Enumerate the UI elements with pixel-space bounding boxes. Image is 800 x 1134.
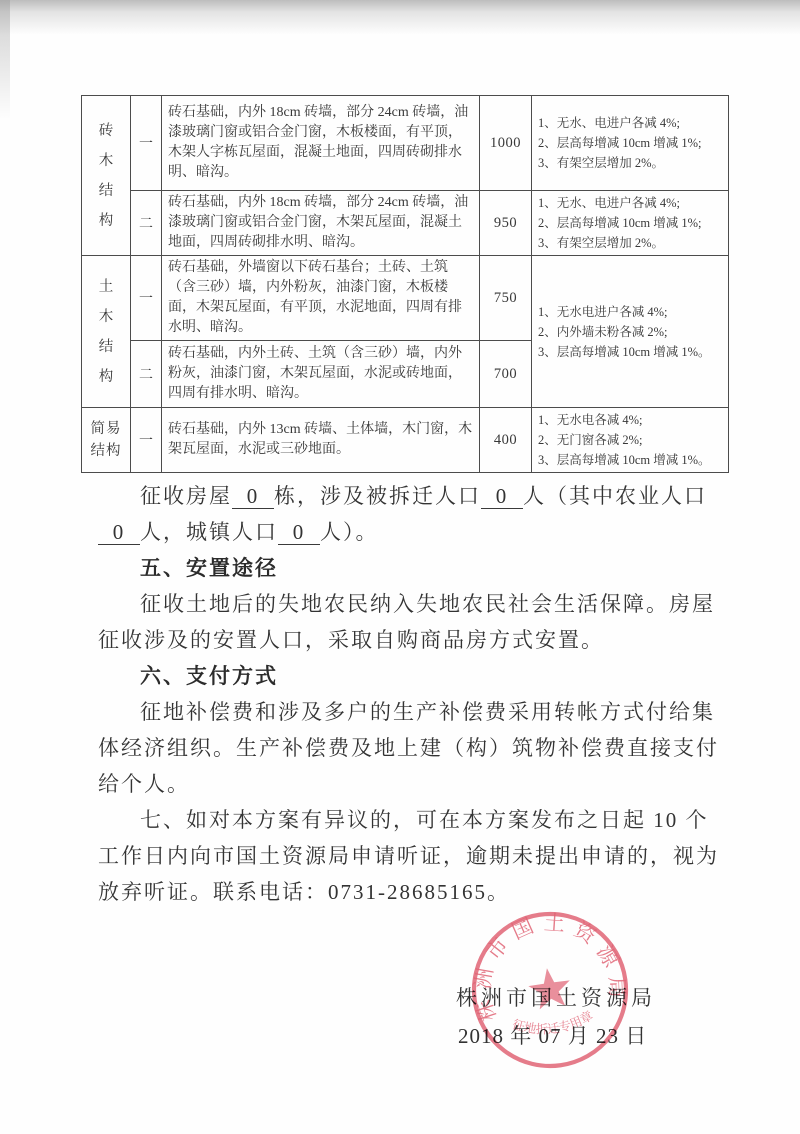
scan-shadow-top (0, 0, 800, 34)
grade-cell: 一 (131, 96, 162, 191)
svg-text:株洲市国土资源局: 株洲市国土资源局 (460, 900, 632, 1025)
note-item: 3、有架空层增加 2%。 (538, 233, 722, 253)
document-body: 征收房屋0栋，涉及被拆迁人口0人（其中农业人口0人，城镇人口0人）。 五、安置途… (98, 478, 728, 910)
section5-paragraph: 征收土地后的失地农民纳入失地农民社会生活保障。房屋征收涉及的安置人口，采取自购商… (98, 586, 728, 658)
grade-cell: 一 (131, 256, 162, 341)
svg-text:征地拆迁专用章: 征地拆迁专用章 (509, 1006, 597, 1042)
compensation-standard-table: 砖木结构 一 砖石基础，内外 18cm 砖墙，部分 24cm 砖墙，油漆玻璃门窗… (81, 95, 729, 473)
section6-heading: 六、支付方式 (98, 658, 728, 694)
table-row: 砖木结构 一 砖石基础，内外 18cm 砖墙，部分 24cm 砖墙，油漆玻璃门窗… (82, 96, 729, 191)
intro-text: 人（其中农业人口 (523, 484, 707, 508)
intro-text: 人，城镇人口 (140, 520, 278, 544)
category-label: 土木结构 (98, 272, 114, 392)
value-cell: 1000 (480, 96, 532, 191)
value-cell: 750 (480, 256, 532, 341)
note-item: 2、层高每增减 10cm 增减 1%; (538, 133, 722, 153)
table-row: 简易结构 一 砖石基础，内外 13cm 砖墙、土体墙，木门窗，木架瓦屋面，水泥或… (82, 408, 729, 473)
section5-heading: 五、安置途径 (98, 550, 728, 586)
filled-blank: 0 (481, 484, 523, 509)
note-item: 1、无水、电进户各减 4%; (538, 193, 722, 213)
filled-blank: 0 (98, 520, 140, 545)
note-item: 3、有架空层增加 2%。 (538, 153, 722, 173)
description-cell: 砖石基础，内外 18cm 砖墙，部分 24cm 砖墙，油漆玻璃门窗或铝合金门窗，… (162, 191, 480, 256)
grade-cell: 二 (131, 191, 162, 256)
note-item: 1、无水电各减 4%; (538, 410, 722, 430)
section6-paragraph: 征地补偿费和涉及多户的生产补偿费采用转帐方式付给集体经济组织。生产补偿费及地上建… (98, 694, 728, 802)
note-item: 2、无门窗各减 2%; (538, 430, 722, 450)
intro-text: 征收房屋 (140, 484, 232, 508)
value-cell: 950 (480, 191, 532, 256)
description-cell: 砖石基础，内外土砖、土筑（含三砂）墙，内外粉灰，油漆门窗，木架瓦屋面，水泥或砖地… (162, 341, 480, 408)
notes-cell: 1、无水电各减 4%; 2、无门窗各减 2%; 3、层高每增减 10cm 增减 … (532, 408, 729, 473)
seal-arc-text: 株洲市国土资源局 (460, 900, 632, 1025)
category-cell-simple: 简易结构 (82, 408, 131, 473)
note-item: 1、无水、电进户各减 4%; (538, 113, 722, 133)
value-cell: 400 (480, 408, 532, 473)
note-item: 3、层高每增减 10cm 增减 1%。 (538, 342, 722, 362)
description-cell: 砖石基础，外墙窗以下砖石基台；土砖、土筑（含三砂）墙，内外粉灰，油漆门窗，木板楼… (162, 256, 480, 341)
intro-paragraph: 征收房屋0栋，涉及被拆迁人口0人（其中农业人口0人，城镇人口0人）。 (98, 478, 728, 550)
seal-star-icon (526, 965, 573, 1010)
grade-cell: 一 (131, 408, 162, 473)
value-cell: 700 (480, 341, 532, 408)
note-item: 2、内外墙未粉各减 2%; (538, 322, 722, 342)
filled-blank: 0 (278, 520, 320, 545)
table-row: 二 砖石基础，内外 18cm 砖墙，部分 24cm 砖墙，油漆玻璃门窗或铝合金门… (82, 191, 729, 256)
intro-text: 栋，涉及被拆迁人口 (274, 484, 481, 508)
table-row: 土木结构 一 砖石基础，外墙窗以下砖石基台；土砖、土筑（含三砂）墙，内外粉灰，油… (82, 256, 729, 341)
note-item: 2、层高每增减 10cm 增减 1%; (538, 213, 722, 233)
seal-bottom-text: 征地拆迁专用章 (509, 1006, 597, 1042)
notes-cell: 1、无水、电进户各减 4%; 2、层高每增减 10cm 增减 1%; 3、有架空… (532, 191, 729, 256)
category-cell-earth-wood: 土木结构 (82, 256, 131, 408)
note-item: 3、层高每增减 10cm 增减 1%。 (538, 450, 722, 470)
filled-blank: 0 (232, 484, 274, 509)
category-cell-brick-wood: 砖木结构 (82, 96, 131, 256)
description-cell: 砖石基础，内外 13cm 砖墙、土体墙，木门窗，木架瓦屋面，水泥或三砂地面。 (162, 408, 480, 473)
intro-text: 人）。 (320, 520, 379, 544)
scan-shadow-left (0, 0, 10, 120)
note-item: 1、无水电进户各减 4%; (538, 302, 722, 322)
notes-cell: 1、无水电进户各减 4%; 2、内外墙未粉各减 2%; 3、层高每增减 10cm… (532, 256, 729, 408)
description-cell: 砖石基础，内外 18cm 砖墙，部分 24cm 砖墙，油漆玻璃门窗或铝合金门窗，… (162, 96, 480, 191)
section7-paragraph: 七、如对本方案有异议的，可在本方案发布之日起 10 个工作日内向市国土资源局申请… (98, 802, 728, 910)
grade-cell: 二 (131, 341, 162, 408)
notes-cell: 1、无水、电进户各减 4%; 2、层高每增减 10cm 增减 1%; 3、有架空… (532, 96, 729, 191)
category-label: 砖木结构 (98, 116, 114, 236)
official-seal: 株洲市国土资源局 征地拆迁专用章 (454, 894, 646, 1086)
category-label: 简易结构 (90, 418, 123, 462)
